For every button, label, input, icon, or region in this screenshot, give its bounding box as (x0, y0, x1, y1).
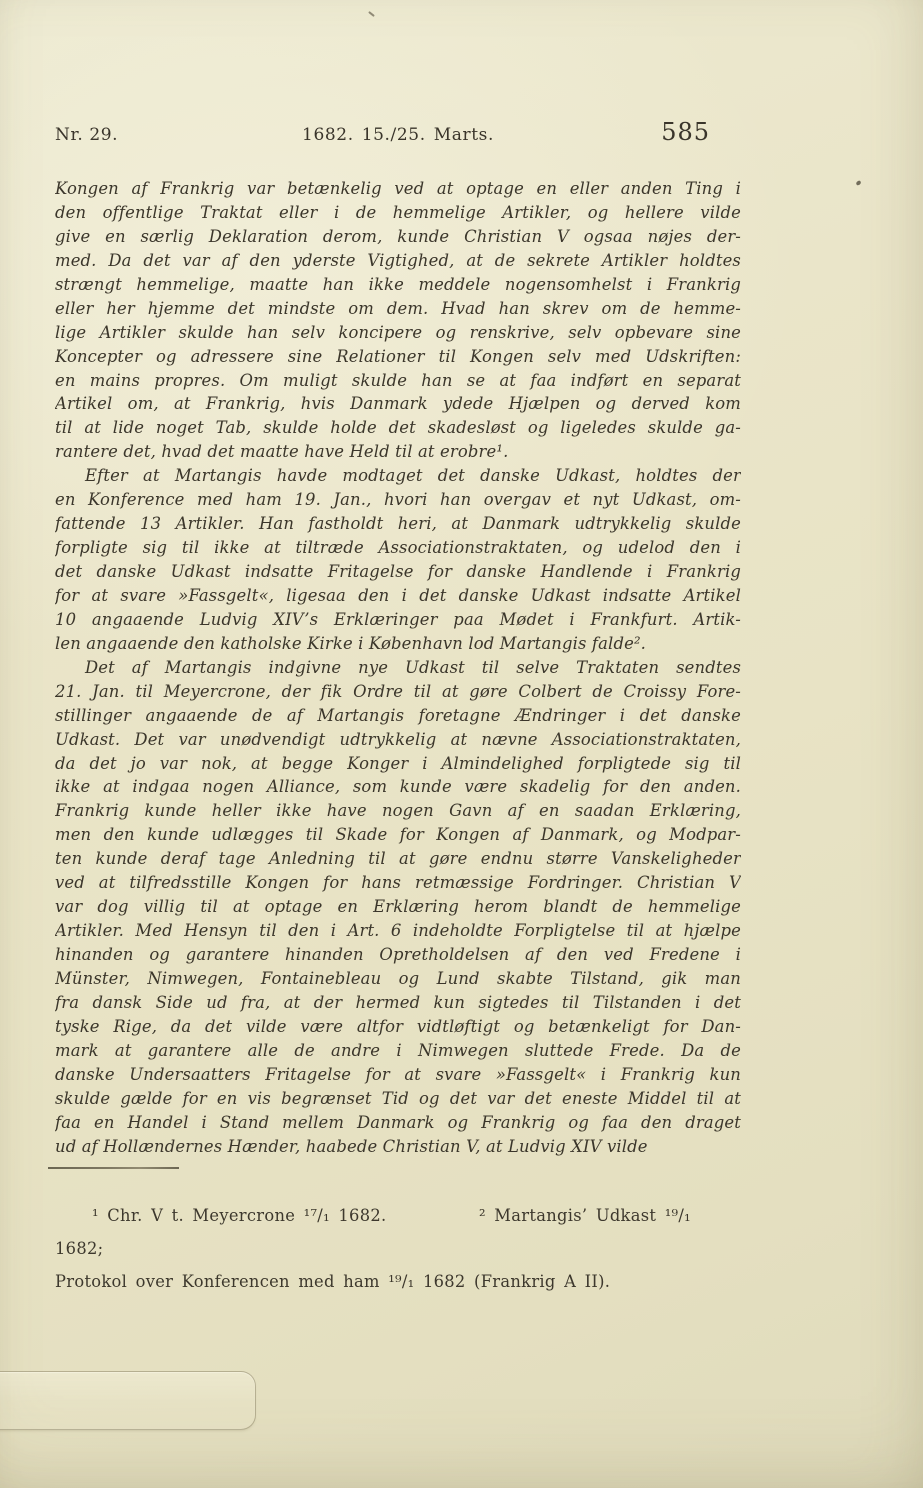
running-head-date: 1682. 15./25. Marts. (55, 125, 741, 145)
footnotes: ¹ Chr. V t. Meyercrone ¹⁷/₁ 1682. ² Mart… (55, 1199, 745, 1298)
text-line: Kongen af Frankrig var betænkelig ved at… (55, 177, 741, 201)
text-line: med. Da det var af den yderste Vigtighed… (55, 249, 741, 273)
text-line: 10 angaaende Ludvig XIV’s Erklæringer pa… (55, 608, 741, 632)
text-line: men den kunde udlægges til Skade for Kon… (55, 823, 741, 847)
paper-speck (855, 180, 861, 186)
text-line: Efter at Martangis havde modtaget det da… (55, 464, 741, 488)
text-line: en Konference med ham 19. Jan., hvori ha… (55, 488, 741, 512)
page-number: 585 (661, 118, 710, 146)
text-line: faa en Handel i Stand mellem Danmark og … (55, 1111, 741, 1135)
text-line: Udkast. Det var unødvendigt udtrykkelig … (55, 728, 741, 752)
paragraph: Efter at Martangis havde modtaget det da… (55, 464, 741, 656)
text-line: fra dansk Side ud fra, at der hermed kun… (55, 991, 741, 1015)
embossed-paper-band (0, 1371, 256, 1430)
text-line: en mains propres. Om muligt skulde han s… (55, 369, 741, 393)
book-page-scan: Nr. 29. 1682. 15./25. Marts. 585 Kongen … (0, 0, 923, 1488)
text-line: fattende 13 Artikler. Han fastholdt heri… (55, 512, 741, 536)
text-line: ud af Hollændernes Hænder, haabede Chris… (55, 1135, 741, 1159)
text-line: strængt hemmelige, maatte han ikke medde… (55, 273, 741, 297)
page-header: Nr. 29. 1682. 15./25. Marts. 585 (55, 121, 741, 151)
text-line: rantere det, hvad det maatte have Held t… (55, 440, 741, 464)
text-line: Artikel om, at Frankrig, hvis Danmark yd… (55, 392, 741, 416)
footnote-line-1: ¹ Chr. V t. Meyercrone ¹⁷/₁ 1682. ² Mart… (55, 1199, 745, 1265)
footnote-separator-rule (48, 1167, 179, 1169)
text-line: Artikler. Med Hensyn til den i Art. 6 in… (55, 919, 741, 943)
text-line: Det af Martangis indgivne nye Udkast til… (55, 656, 741, 680)
footnote-1: ¹ Chr. V t. Meyercrone ¹⁷/₁ 1682. (92, 1206, 387, 1225)
text-line: len angaaende den katholske Kirke i Købe… (55, 632, 741, 656)
text-line: eller her hjemme det mindste om dem. Hva… (55, 297, 741, 321)
text-line: ikke at indgaa nogen Alliance, som kunde… (55, 775, 741, 799)
text-line: for at svare »Fassgelt«, ligesaa den i d… (55, 584, 741, 608)
body-text: Kongen af Frankrig var betænkelig ved at… (55, 177, 741, 1158)
text-line: skulde gælde for en vis begrænset Tid og… (55, 1087, 741, 1111)
text-line: da det jo var nok, at begge Konger i Alm… (55, 752, 741, 776)
paper-speck (368, 11, 375, 17)
text-line: 21. Jan. til Meyercrone, der fik Ordre t… (55, 680, 741, 704)
text-line: ten kunde deraf tage Anledning til at gø… (55, 847, 741, 871)
text-line: danske Undersaatters Fritagelse for at s… (55, 1063, 741, 1087)
text-line: ved at tilfredsstille Kongen for hans re… (55, 871, 741, 895)
text-line: Koncepter og adressere sine Relationer t… (55, 345, 741, 369)
paragraph: Kongen af Frankrig var betænkelig ved at… (55, 177, 741, 464)
text-line: den offentlige Traktat eller i de hemmel… (55, 201, 741, 225)
text-line: til at lide noget Tab, skulde holde det … (55, 416, 741, 440)
paragraph: Det af Martangis indgivne nye Udkast til… (55, 656, 741, 1159)
text-line: lige Artikler skulde han selv koncipere … (55, 321, 741, 345)
text-line: stillinger angaaende de af Martangis for… (55, 704, 741, 728)
text-line: det danske Udkast indsatte Fritagelse fo… (55, 560, 741, 584)
text-line: Frankrig kunde heller ikke have nogen Ga… (55, 799, 741, 823)
text-line: Münster, Nimwegen, Fontainebleau og Lund… (55, 967, 741, 991)
text-line: tyske Rige, da det vilde være altfor vid… (55, 1015, 741, 1039)
footnote-line-2: Protokol over Konferencen med ham ¹⁹/₁ 1… (55, 1265, 745, 1298)
text-line: give en særlig Deklaration derom, kunde … (55, 225, 741, 249)
text-line: forpligte sig til ikke at tiltræde Assoc… (55, 536, 741, 560)
text-line: var dog villig til at optage en Erklærin… (55, 895, 741, 919)
text-line: hinanden og garantere hinanden Oprethold… (55, 943, 741, 967)
text-line: mark at garantere alle de andre i Nimweg… (55, 1039, 741, 1063)
